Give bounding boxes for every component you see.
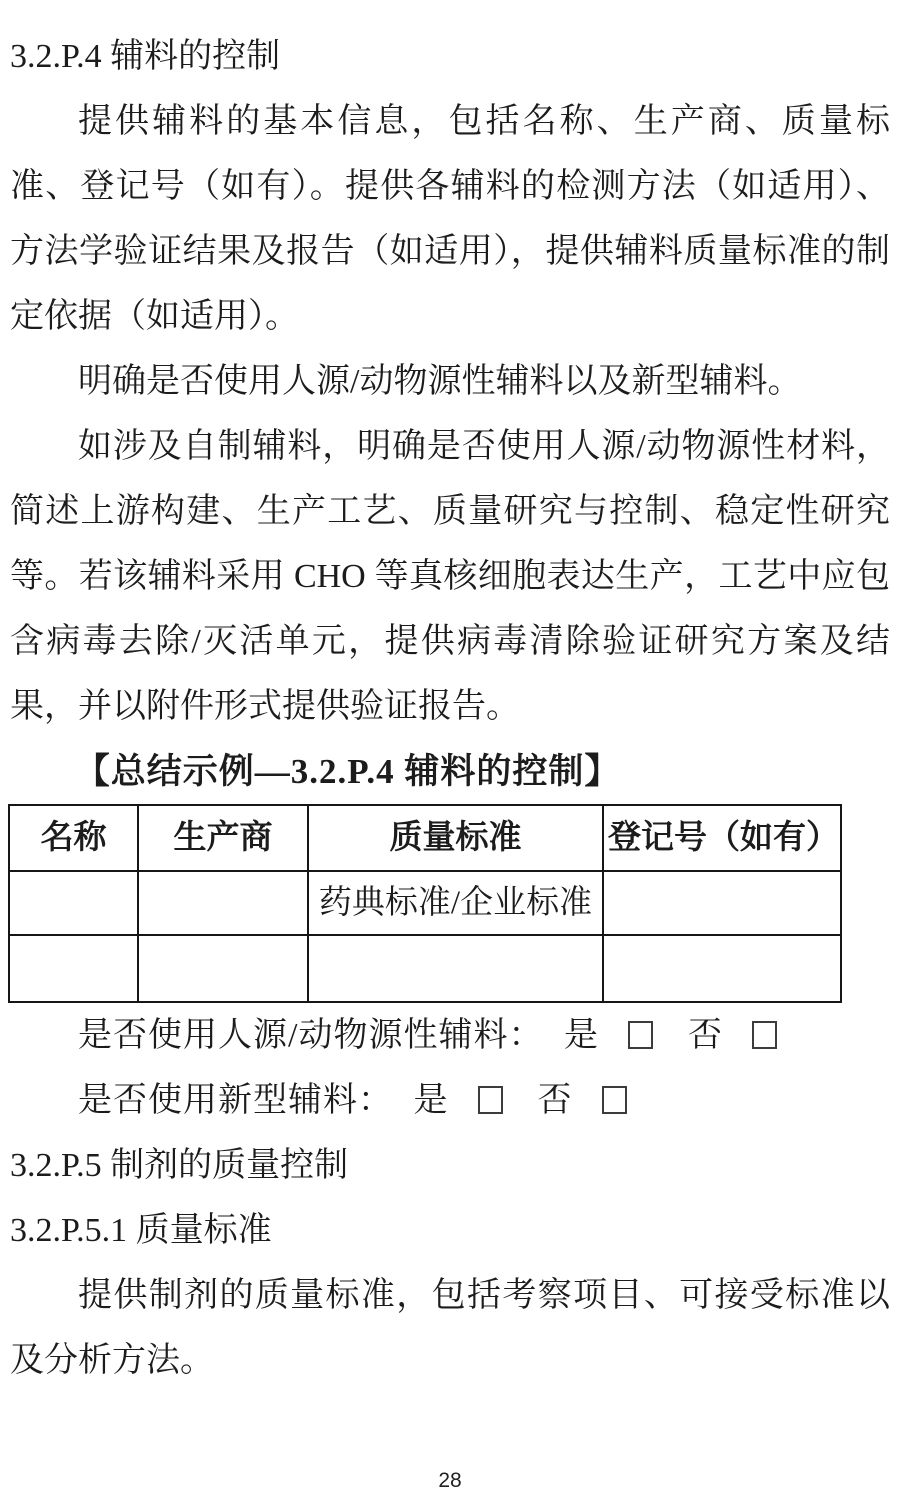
table-cell-registration-number [603,935,841,1002]
table-cell-name [9,935,138,1002]
checkbox-human-animal-no [752,1021,777,1049]
page-number: 28 [0,1468,900,1494]
table-header-quality-standard: 质量标准 [308,805,603,871]
checkbox-line-novel-excipient: 是否使用新型辅料： 是 否 [10,1068,890,1133]
checkbox-question-label: 是否使用人源/动物源性辅料： [78,1017,543,1054]
summary-example-heading: 【总结示例—3.2.P.4 辅料的控制】 [10,739,890,804]
section-heading-3-2-p4: 3.2.P.4 辅料的控制 [10,24,890,89]
no-option-label: 否 [538,1082,572,1119]
yes-option-label: 是 [564,1017,598,1054]
table-cell-quality-standard: 药典标准/企业标准 [308,871,603,935]
table-cell-registration-number [603,871,841,935]
section-heading-3-2-p5: 3.2.P.5 制剂的质量控制 [10,1133,890,1198]
table-cell-quality-standard [308,935,603,1002]
checkbox-line-human-animal-source: 是否使用人源/动物源性辅料： 是 否 [10,1003,890,1068]
table-header-manufacturer: 生产商 [138,805,308,871]
yes-option-label: 是 [414,1082,448,1119]
table-cell-name [9,871,138,935]
table-header-name: 名称 [9,805,138,871]
paragraph-excipient-basic-info: 提供辅料的基本信息，包括名称、生产商、质量标准、登记号（如有）。提供各辅料的检测… [10,89,890,349]
paragraph-drug-product-spec: 提供制剂的质量标准，包括考察项目、可接受标准以及分析方法。 [10,1263,890,1393]
table-header-row: 名称 生产商 质量标准 登记号（如有） [9,805,841,871]
table-header-registration-number: 登记号（如有） [603,805,841,871]
paragraph-source-clarification: 明确是否使用人源/动物源性辅料以及新型辅料。 [10,349,890,414]
checkbox-novel-no [602,1086,627,1114]
table-cell-manufacturer [138,871,308,935]
table-row: 药典标准/企业标准 [9,871,841,935]
section-heading-3-2-p5-1: 3.2.P.5.1 质量标准 [10,1198,890,1263]
checkbox-novel-yes [478,1086,503,1114]
document-page: 3.2.P.4 辅料的控制 提供辅料的基本信息，包括名称、生产商、质量标准、登记… [0,0,900,1508]
excipient-summary-table: 名称 生产商 质量标准 登记号（如有） 药典标准/企业标准 [8,804,842,1003]
table-cell-manufacturer [138,935,308,1002]
checkbox-question-label: 是否使用新型辅料： [78,1082,393,1119]
table-row [9,935,841,1002]
paragraph-self-made-excipient: 如涉及自制辅料，明确是否使用人源/动物源性材料，简述上游构建、生产工艺、质量研究… [10,414,890,739]
checkbox-human-animal-yes [628,1021,653,1049]
no-option-label: 否 [688,1017,722,1054]
